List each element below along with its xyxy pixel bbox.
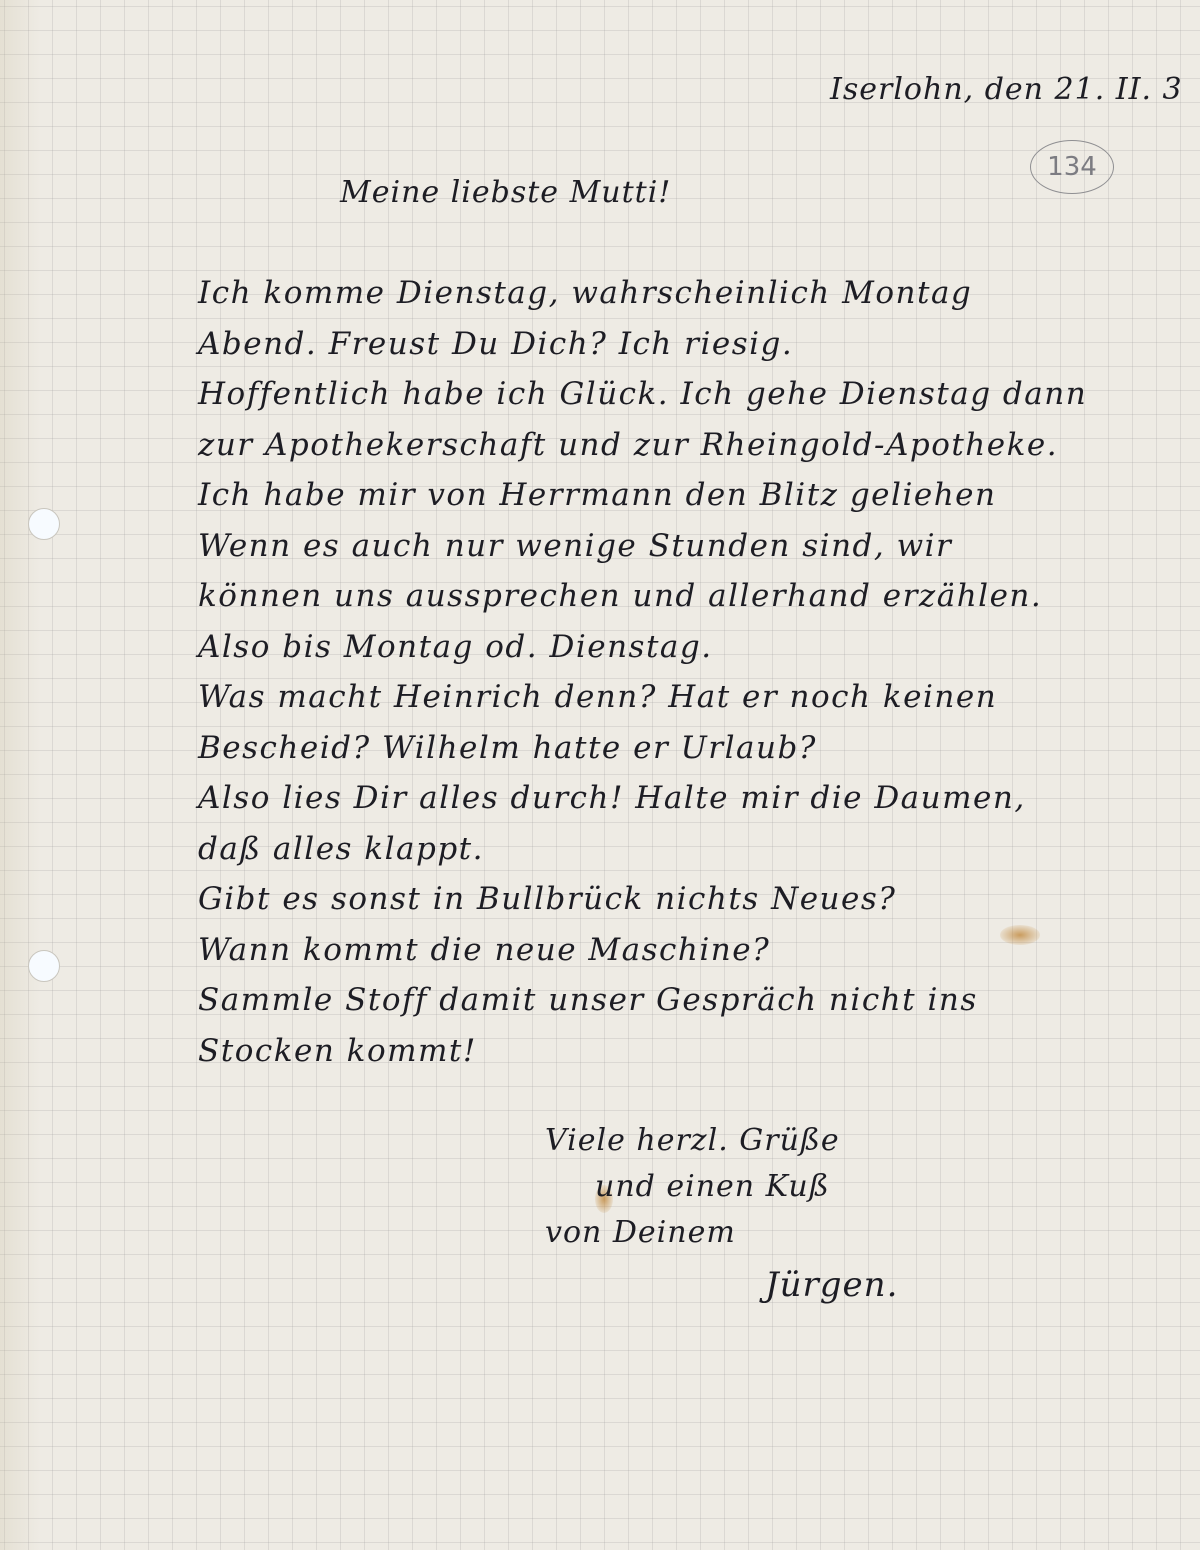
- body-line: Hoffentlich habe ich Glück. Ich gehe Die…: [198, 369, 1198, 420]
- body-line: Abend. Freust Du Dich? Ich riesig.: [198, 319, 1198, 370]
- body-line: Was macht Heinrich denn? Hat er noch kei…: [198, 672, 1198, 723]
- body-line: Also bis Montag od. Dienstag.: [198, 622, 1198, 673]
- body-line: daß alles klappt.: [198, 824, 1198, 875]
- punch-hole-top: [28, 508, 60, 540]
- closing-from: von Deinem: [545, 1210, 840, 1256]
- place-date: Iserlohn, den 21. II. 3: [830, 72, 1183, 107]
- signature: Jürgen.: [765, 1265, 898, 1305]
- body-line: Wann kommt die neue Maschine?: [198, 925, 1198, 976]
- salutation: Meine liebste Mutti!: [340, 175, 671, 210]
- body-line: Ich komme Dienstag, wahrscheinlich Monta…: [198, 268, 1198, 319]
- body-line: Also lies Dir alles durch! Halte mir die…: [198, 773, 1198, 824]
- letter-body: Ich komme Dienstag, wahrscheinlich Monta…: [198, 268, 1198, 1076]
- letter-page: Iserlohn, den 21. II. 3 134 Meine liebst…: [0, 0, 1200, 1550]
- body-line: Gibt es sonst in Bullbrück nichts Neues?: [198, 874, 1198, 925]
- closing-kiss: und einen Kuß: [545, 1164, 840, 1210]
- body-line: Sammle Stoff damit unser Gespräch nicht …: [198, 975, 1198, 1026]
- body-line: Wenn es auch nur wenige Stunden sind, wi…: [198, 521, 1198, 572]
- body-line: Bescheid? Wilhelm hatte er Urlaub?: [198, 723, 1198, 774]
- archive-number-circled: 134: [1030, 140, 1114, 194]
- body-line: können uns aussprechen und allerhand erz…: [198, 571, 1198, 622]
- closing-block: Viele herzl. Grüße und einen Kuß von Dei…: [545, 1118, 840, 1256]
- paper-edge-shading: [0, 0, 40, 1550]
- body-line: Stocken kommt!: [198, 1026, 1198, 1077]
- body-line: Ich habe mir von Herrmann den Blitz geli…: [198, 470, 1198, 521]
- punch-hole-bottom: [28, 950, 60, 982]
- body-line: zur Apothekerschaft und zur Rheingold-Ap…: [198, 420, 1198, 471]
- closing-greeting: Viele herzl. Grüße: [545, 1118, 840, 1164]
